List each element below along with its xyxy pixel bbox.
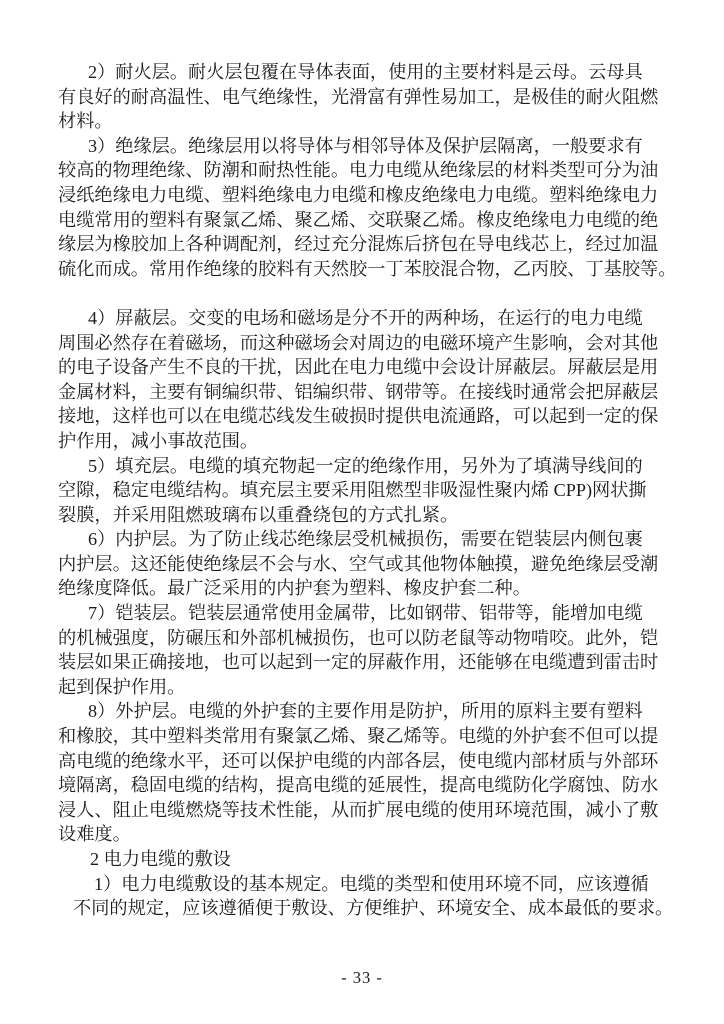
paragraph-inner-sheath: 6）内护层。为了防止线芯绝缘层受机械损伤，需要在铠装层内侧包裹内护层。这还能使绝…	[58, 527, 668, 601]
paragraph-shielding-layer: 4）屏蔽层。交变的电场和磁场是分不开的两种场，在运行的电力电缆周围必然存在着磁场…	[58, 306, 668, 454]
text-line: 不同的规定，应该遵循便于敷设、方便维护、环境安全、成本最低的要求。	[58, 896, 668, 921]
text-line: 内护层。这还能使绝缘层不会与水、空气或其他物体触摸，避免绝缘层受潮	[58, 552, 668, 577]
text-line: 设难度。	[58, 822, 668, 847]
text-line: 2 电力电缆的敷设	[58, 847, 668, 872]
paragraph-filling-layer: 5）填充层。电缆的填充物起一定的绝缘作用，另外为了填满导线间的空隙，稳定电缆结构…	[58, 454, 668, 528]
text-line: 接地，这样也可以在电缆芯线发生破损时提供电流通路，可以起到一定的保	[58, 404, 668, 429]
text-line: 浸纸绝缘电力电缆、塑料绝缘电力电缆和橡皮绝缘电力电缆。塑料绝缘电力	[58, 183, 668, 208]
text-line: 绝缘度降低。最广泛采用的内护套为塑料、橡皮护套二种。	[58, 576, 668, 601]
text-line: 起到保护作用。	[58, 675, 668, 700]
paragraph-outer-sheath: 8）外护层。电缆的外护套的主要作用是防护，所用的原料主要有塑料和橡胶，其中塑料类…	[58, 699, 668, 847]
text-line: 空隙，稳定电缆结构。填充层主要采用阻燃型非吸湿性聚内烯 CPP)网状撕	[58, 478, 668, 503]
text-line: 4）屏蔽层。交变的电场和磁场是分不开的两种场，在运行的电力电缆	[58, 306, 668, 331]
paragraph-laying-basic-rules: 1）电力电缆敷设的基本规定。电缆的类型和使用环境不同，应该遵循不同的规定，应该遵…	[58, 872, 668, 921]
paragraph-fireproof-layer: 2）耐火层。耐火层包覆在导体表面，使用的主要材料是云母。云母具有良好的耐高温性、…	[58, 60, 668, 134]
text-line: 电缆常用的塑料有聚氯乙烯、聚乙烯、交联聚乙烯。橡皮绝缘电力电缆的绝	[58, 208, 668, 233]
document-page: 2）耐火层。耐火层包覆在导体表面，使用的主要材料是云母。云母具有良好的耐高温性、…	[0, 0, 724, 1024]
text-line: 浸人、阻止电缆燃烧等技术性能，从而扩展电缆的使用环境范围，减小了敷	[58, 798, 668, 823]
document-body: 2）耐火层。耐火层包覆在导体表面，使用的主要材料是云母。云母具有良好的耐高温性、…	[58, 60, 668, 921]
text-line: 缘层为橡胶加上各种调配剂，经过充分混炼后挤包在导电线芯上，经过加温	[58, 232, 668, 257]
text-line: 高电缆的绝缘水平，还可以保护电缆的内部各层，使电缆内部材质与外部环	[58, 749, 668, 774]
text-line: 金属材料，主要有铜编织带、铝编织带、钢带等。在接线时通常会把屏蔽层	[58, 380, 668, 405]
text-line: 材料。	[58, 109, 668, 134]
text-line: 护作用，减小事故范围。	[58, 429, 668, 454]
text-line: 裂膜，并采用阻燃玻璃布以重叠绕包的方式扎紧。	[58, 503, 668, 528]
text-line: 7）铠装层。铠装层通常使用金属带，比如钢带、铝带等，能增加电缆	[58, 601, 668, 626]
text-line: 硫化而成。常用作绝缘的胶料有天然胶一丁苯胶混合物，乙丙胶、丁基胶等。	[58, 257, 668, 282]
text-line: 5）填充层。电缆的填充物起一定的绝缘作用，另外为了填满导线间的	[58, 454, 668, 479]
text-line: 3）绝缘层。绝缘层用以将导体与相邻导体及保护层隔离，一般要求有	[58, 134, 668, 159]
section-heading-cable-laying: 2 电力电缆的敷设	[58, 847, 668, 872]
text-line: 2）耐火层。耐火层包覆在导体表面，使用的主要材料是云母。云母具	[58, 60, 668, 85]
text-line: 6）内护层。为了防止线芯绝缘层受机械损伤，需要在铠装层内侧包裹	[58, 527, 668, 552]
page-number: - 33 -	[0, 968, 724, 988]
text-line: 的机械强度，防碾压和外部机械损伤，也可以防老鼠等动物啃咬。此外，铠	[58, 626, 668, 651]
text-line: 装层如果正确接地，也可以起到一定的屏蔽作用，还能够在电缆遭到雷击时	[58, 650, 668, 675]
text-line: 较高的物理绝缘、防潮和耐热性能。电力电缆从绝缘层的材料类型可分为油	[58, 158, 668, 183]
text-line: 周围必然存在着磁场，而这种磁场会对周边的电磁环境产生影响，会对其他	[58, 331, 668, 356]
paragraph-insulation-layer: 3）绝缘层。绝缘层用以将导体与相邻导体及保护层隔离，一般要求有较高的物理绝缘、防…	[58, 134, 668, 282]
text-line: 有良好的耐高温性、电气绝缘性，光滑富有弹性易加工，是极佳的耐火阻燃	[58, 85, 668, 110]
paragraph-armor-layer: 7）铠装层。铠装层通常使用金属带，比如钢带、铝带等，能增加电缆的机械强度，防碾压…	[58, 601, 668, 699]
text-line: 和橡胶，其中塑料类常用有聚氯乙烯、聚乙烯等。电缆的外护套不但可以提	[58, 724, 668, 749]
text-line: 的电子设备产生不良的干扰，因此在电力电缆中会设计屏蔽层。屏蔽层是用	[58, 355, 668, 380]
text-line: 8）外护层。电缆的外护套的主要作用是防护，所用的原料主要有塑料	[58, 699, 668, 724]
text-line: 1）电力电缆敷设的基本规定。电缆的类型和使用环境不同，应该遵循	[58, 872, 668, 897]
text-line: 境隔离，稳固电缆的结构，提高电缆的延展性，提高电缆防化学腐蚀、防水	[58, 773, 668, 798]
